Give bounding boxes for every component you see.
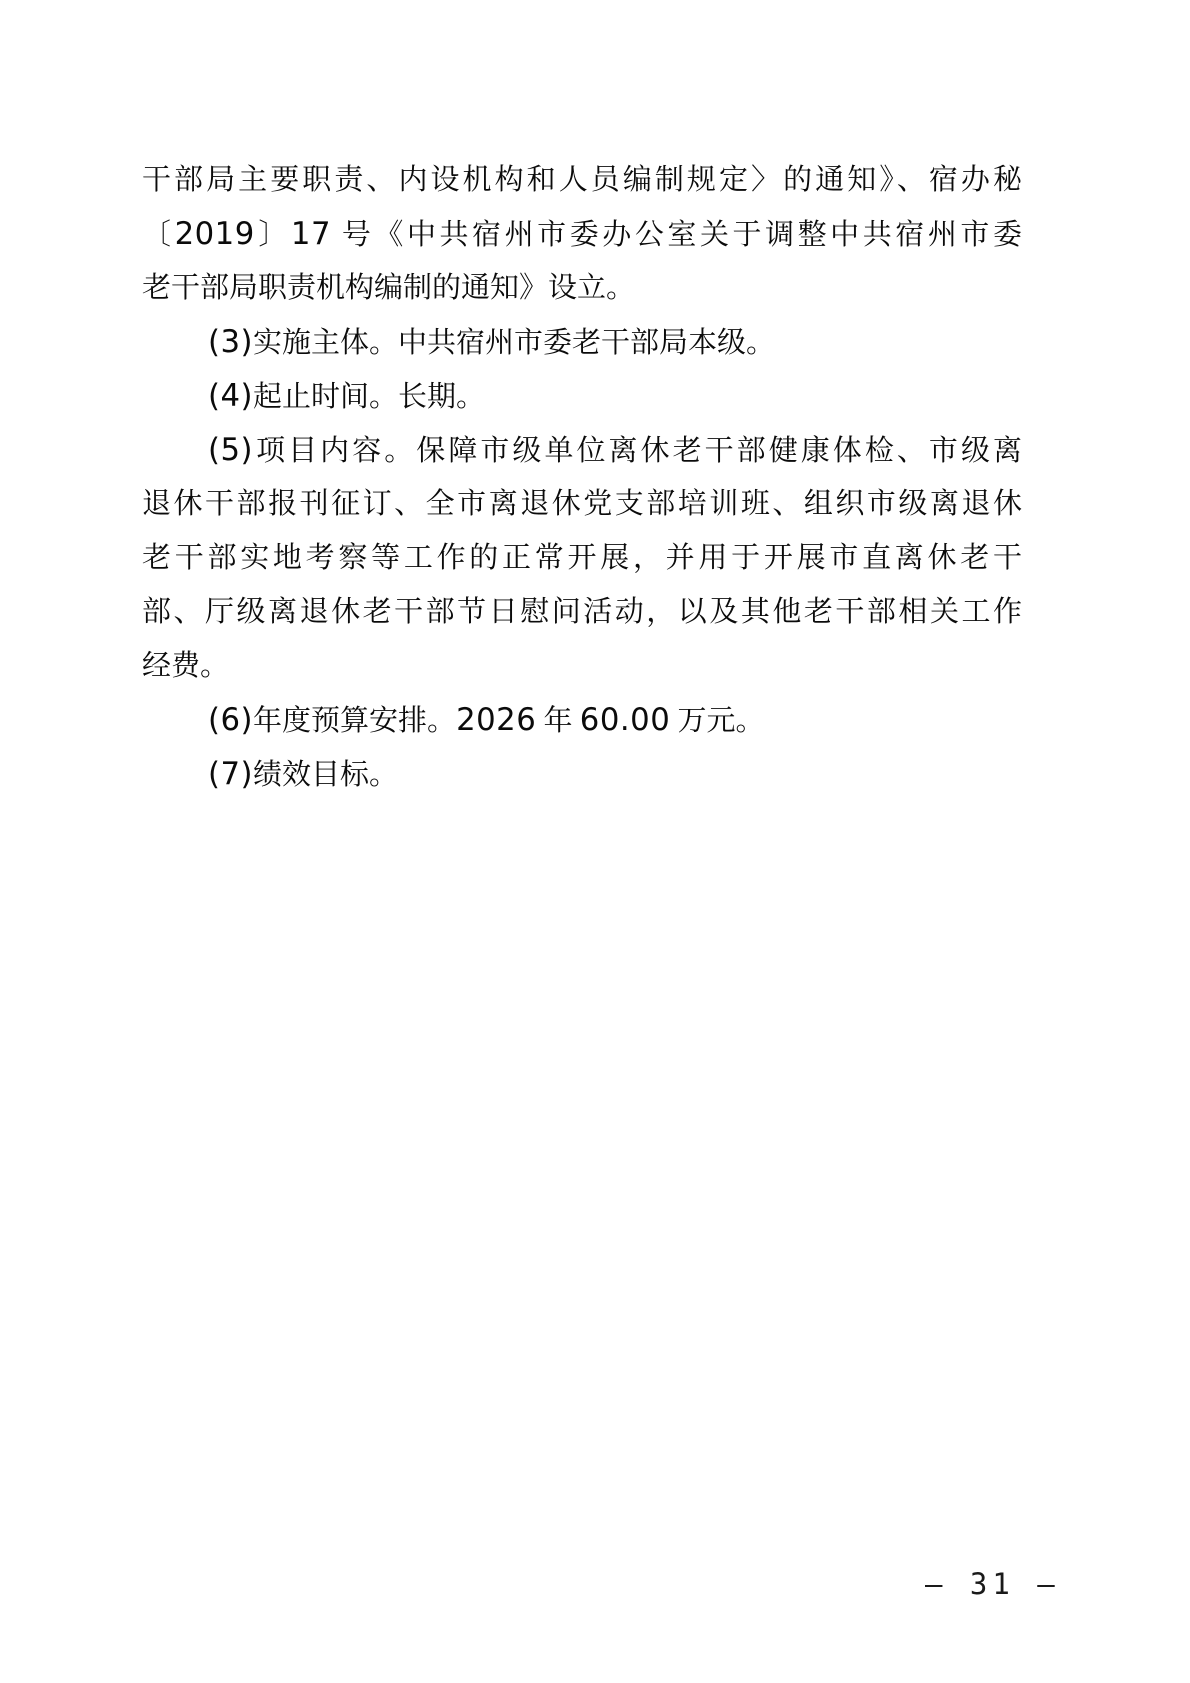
text-line: (4)起止时间。长期。 — [142, 369, 1022, 423]
latin-run: (5) — [208, 432, 253, 468]
latin-run: 2026 — [456, 702, 536, 738]
document-page: 干部局主要职责、内设机构和人员编制规定〉的通知》、宿办秘〔2019〕17 号《中… — [0, 0, 1190, 1683]
paragraph: (5)项目内容。保障市级单位离休老干部健康体检、市级离退休干部报刊征订、全市离退… — [142, 423, 1022, 693]
paragraph: (6)年度预算安排。2026 年 60.00 万元。 — [142, 693, 1022, 747]
page-number: – 31 – — [925, 1567, 1060, 1601]
paragraph: (4)起止时间。长期。 — [142, 369, 1022, 423]
text-line: 老干部实地考察等工作的正常开展，并用于开展市直离休老干 — [142, 531, 1022, 585]
text-line: 部、厅级离退休老干部节日慰问活动，以及其他老干部相关工作 — [142, 585, 1022, 639]
text-line: 干部局主要职责、内设机构和人员编制规定〉的通知》、宿办秘 — [142, 153, 1022, 207]
latin-run: 2019 — [175, 216, 255, 252]
latin-run: 60.00 — [580, 702, 671, 738]
text-line: (6)年度预算安排。2026 年 60.00 万元。 — [142, 693, 1022, 747]
text-line: (5)项目内容。保障市级单位离休老干部健康体检、市级离 — [142, 423, 1022, 477]
text-line: 〔2019〕17 号《中共宿州市委办公室关于调整中共宿州市委 — [142, 207, 1022, 261]
latin-run: (6) — [208, 702, 253, 738]
latin-run: (3) — [208, 324, 253, 360]
paragraph: (3)实施主体。中共宿州市委老干部局本级。 — [142, 315, 1022, 369]
text-line: 老干部局职责机构编制的通知》设立。 — [142, 261, 1022, 315]
text-line: 经费。 — [142, 639, 1022, 693]
text-line: (3)实施主体。中共宿州市委老干部局本级。 — [142, 315, 1022, 369]
paragraph: (7)绩效目标。 — [142, 747, 1022, 801]
text-line: 退休干部报刊征订、全市离退休党支部培训班、组织市级离退休 — [142, 477, 1022, 531]
latin-run: (4) — [208, 378, 253, 414]
latin-run: 17 — [291, 216, 331, 252]
latin-run: (7) — [208, 756, 253, 792]
text-line: (7)绩效目标。 — [142, 747, 1022, 801]
document-body: 干部局主要职责、内设机构和人员编制规定〉的通知》、宿办秘〔2019〕17 号《中… — [142, 153, 1022, 801]
paragraph: 干部局主要职责、内设机构和人员编制规定〉的通知》、宿办秘〔2019〕17 号《中… — [142, 153, 1022, 315]
